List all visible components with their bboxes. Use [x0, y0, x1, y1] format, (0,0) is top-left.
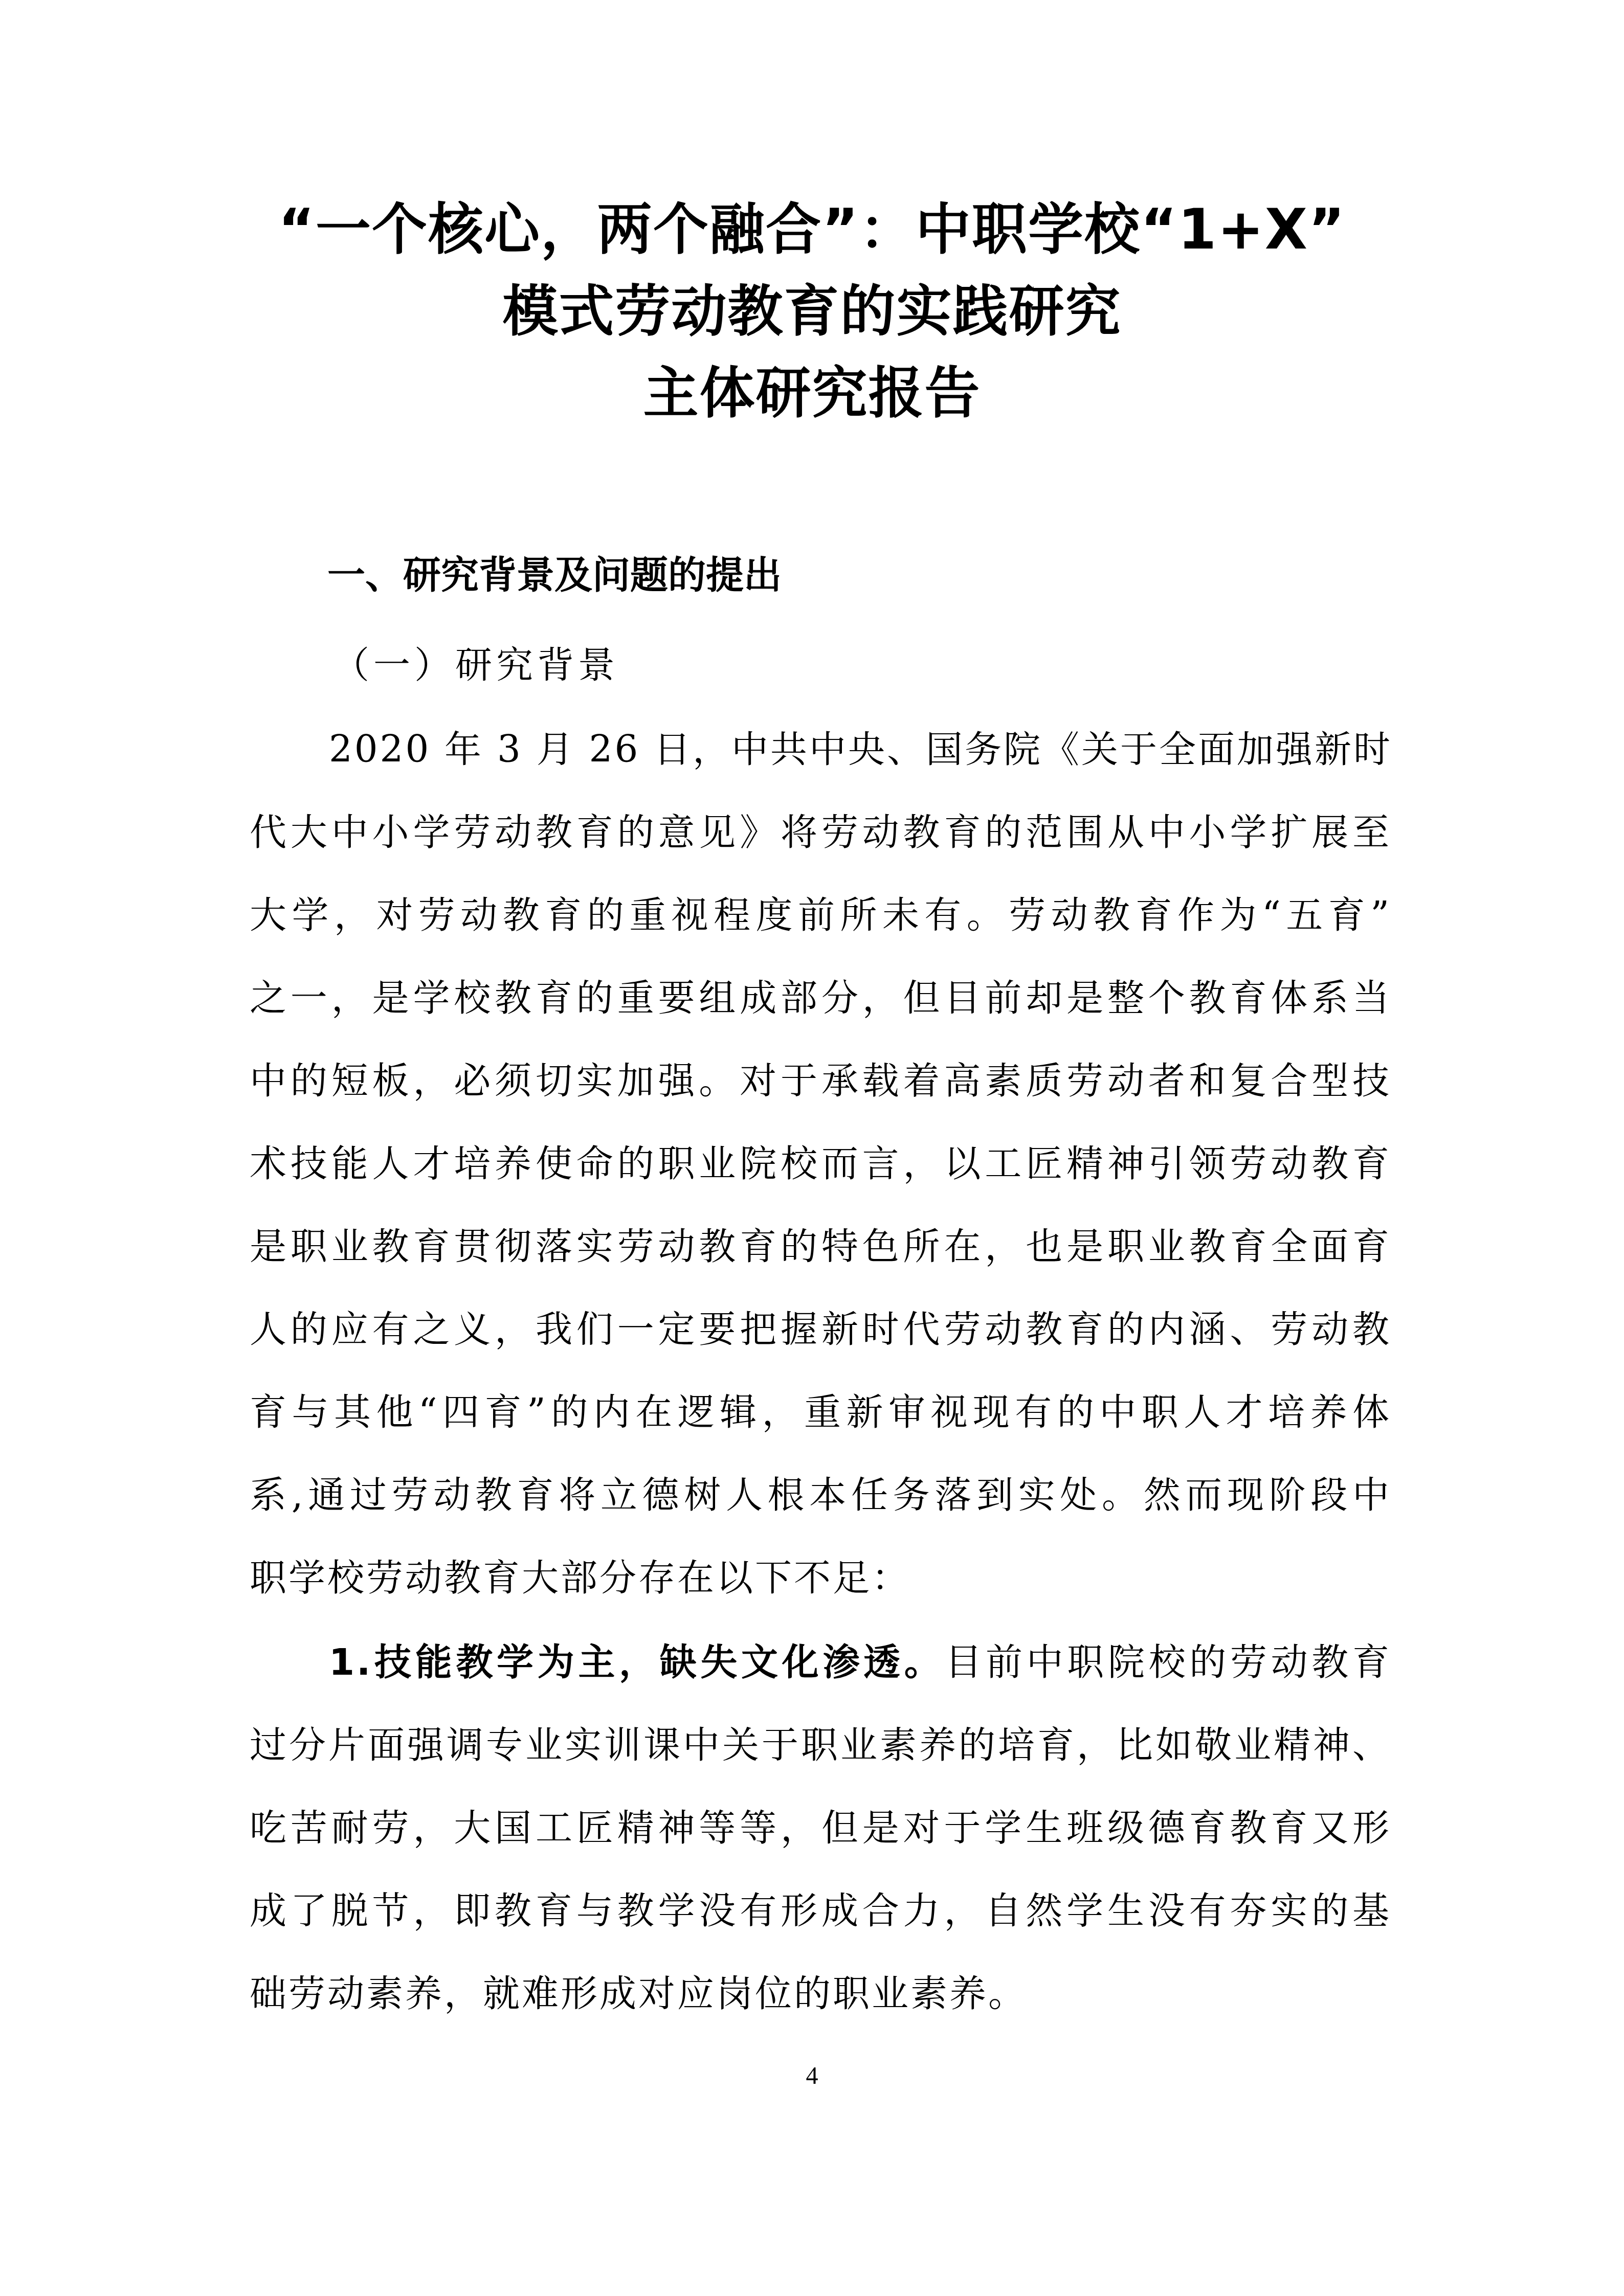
paragraph-line: 系,通过劳动教育将立德树人根本任务落到实处。然而现阶段中 [250, 1469, 1391, 1520]
paragraph-line: 大学，对劳动教育的重视程度前所未有。劳动教育作为“五育” [250, 889, 1391, 940]
paragraph-line: 术技能人才培养使命的职业院校而言，以工匠精神引领劳动教育 [250, 1138, 1391, 1189]
subsection-heading: （一）研究背景 [332, 639, 619, 690]
paragraph-line: 吃苦耐劳，大国工匠精神等等，但是对于学生班级德育教育又形 [250, 1802, 1391, 1853]
paragraph-line: 职学校劳动教育大部分存在以下不足： [250, 1552, 1391, 1603]
section-heading: 一、研究背景及问题的提出 [327, 550, 782, 601]
point-text: 目前中职院校的劳动教育 [945, 1640, 1391, 1683]
document-page: “一个核心，两个融合”：中职学校“1+X” 模式劳动教育的实践研究 主体研究报告… [0, 0, 1624, 2296]
paragraph-line: 育与其他“四育”的内在逻辑，重新审视现有的中职人才培养体 [250, 1386, 1391, 1437]
numbered-point-line: 1.技能教学为主，缺失文化渗透。目前中职院校的劳动教育 [329, 1636, 1391, 1687]
paragraph-line: 过分片面强调专业实训课中关于职业素养的培育，比如敬业精神、 [250, 1719, 1391, 1770]
paragraph-line: 代大中小学劳动教育的意见》将劳动教育的范围从中小学扩展至 [250, 806, 1391, 858]
document-title-line-2: 模式劳动教育的实践研究 [0, 276, 1624, 348]
paragraph-line: 成了脱节，即教育与教学没有形成合力，自然学生没有夯实的基 [250, 1885, 1391, 1936]
paragraph-line: 人的应有之义，我们一定要把握新时代劳动教育的内涵、劳动教 [250, 1303, 1391, 1355]
document-title-line-1: “一个核心，两个融合”：中职学校“1+X” [0, 194, 1624, 266]
paragraph-line: 础劳动素养，就难形成对应岗位的职业素养。 [250, 1968, 1391, 2019]
paragraph-line: 是职业教育贯彻落实劳动教育的特色所在，也是职业教育全面育 [250, 1221, 1391, 1272]
paragraph-line: 之一，是学校教育的重要组成部分，但目前却是整个教育体系当 [250, 972, 1391, 1023]
page-number: 4 [0, 2061, 1624, 2091]
paragraph-line: 中的短板，必须切实加强。对于承载着高素质劳动者和复合型技 [250, 1055, 1391, 1106]
point-heading: 1.技能教学为主，缺失文化渗透。 [329, 1640, 945, 1683]
document-title-line-3: 主体研究报告 [0, 358, 1624, 430]
paragraph-line: 2020 年 3 月 26 日，中共中央、国务院《关于全面加强新时 [329, 724, 1391, 775]
